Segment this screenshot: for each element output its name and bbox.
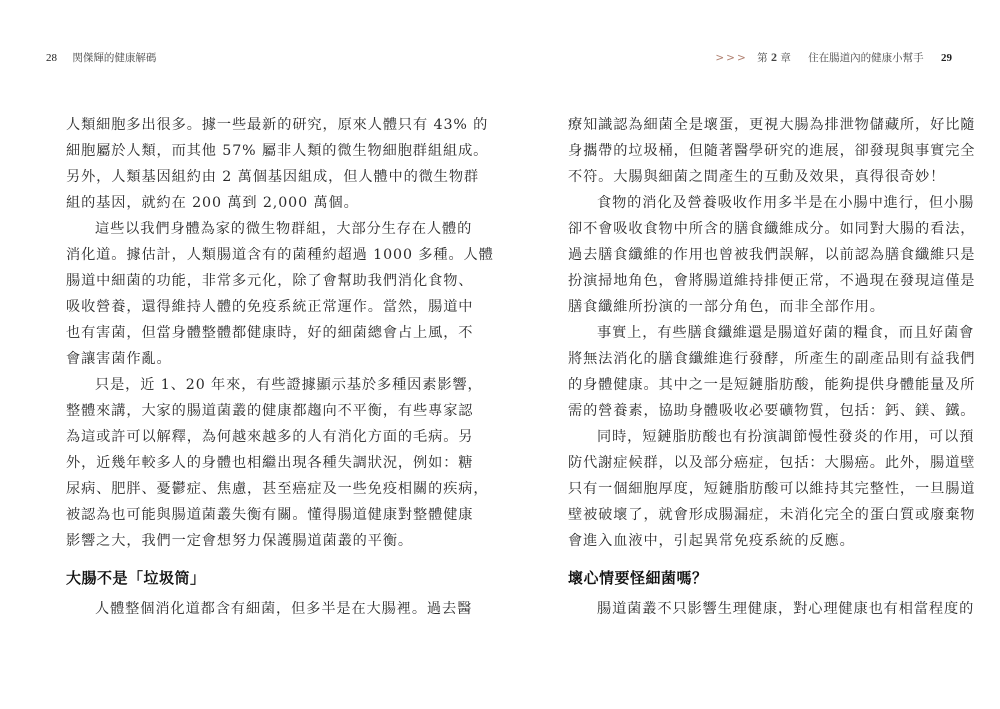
body-text: 療知識認為細菌全是壞蛋，更視大腸為排泄物儲藏所，好比隨身攜帶的垃圾桶，但隨著醫學… (568, 112, 940, 554)
text-line: 膳食纖維所扮演的一部分角色，而非全部作用。 (568, 294, 940, 320)
text-line: 身攜帶的垃圾桶，但隨著醫學研究的進展，卻發現與事實完全 (568, 138, 940, 164)
text-line: 整體來講，大家的腸道菌叢的健康都趨向不平衡，有些專家認 (66, 398, 438, 424)
text-line: 過去膳食纖維的作用也曾被我們誤解，以前認為膳食纖維只是 (568, 242, 940, 268)
running-head-right: >>> 第 2 章 住在腸道內的健康小幫手 29 (715, 50, 952, 65)
text-line: 組的基因，就約在 200 萬到 2,000 萬個。 (66, 190, 438, 216)
text-line: 防代謝症候群，以及部分癌症，包括：大腸癌。此外，腸道壁 (568, 450, 940, 476)
paragraph: 療知識認為細菌全是壞蛋，更視大腸為排泄物儲藏所，好比隨身攜帶的垃圾桶，但隨著醫學… (568, 112, 940, 190)
text-line: 影響之大，我們一定會想努力保護腸道菌叢的平衡。 (66, 528, 438, 554)
paragraph: 同時，短鏈脂肪酸也有扮演調節慢性發炎的作用，可以預防代謝症候群，以及部分癌症，包… (568, 424, 940, 554)
book-spread: 28 関傑輝的健康解碼 人類細胞多出很多。據一些最新的研究，原來人體只有 43%… (0, 0, 1000, 709)
text-line: 事實上，有些膳食纖維還是腸道好菌的糧食，而且好菌會 (568, 320, 940, 346)
text-line: 腸道中細菌的功能，非常多元化，除了會幫助我們消化食物、 (66, 268, 438, 294)
text-line: 消化道。據估計，人類腸道含有的菌種約超過 1000 多種。人體 (66, 242, 438, 268)
text-line: 卻不會吸收食物中所含的膳食纖維成分。如同對大腸的看法， (568, 216, 940, 242)
arrows-icon: >>> (715, 52, 747, 64)
text-line: 另外，人類基因組約由 2 萬個基因組成，但人體中的微生物群 (66, 164, 438, 190)
text-line: 也有害菌，但當身體整體都健康時，好的細菌總會占上風，不 (66, 320, 438, 346)
running-head-left: 28 関傑輝的健康解碼 (46, 50, 156, 65)
text-line: 人體整個消化道都含有細菌，但多半是在大腸裡。過去醫 (66, 596, 438, 622)
section-heading: 大腸不是「垃圾筒」 (66, 567, 206, 588)
paragraph: 事實上，有些膳食纖維還是腸道好菌的糧食，而且好菌會將無法消化的膳食纖維進行發酵，… (568, 320, 940, 424)
text-line: 扮演掃地角色，會將腸道維持排便正常，不過現在發現這僅是 (568, 268, 940, 294)
page-number: 28 (46, 52, 57, 64)
paragraph: 食物的消化及營養吸收作用多半是在小腸中進行，但小腸卻不會吸收食物中所含的膳食纖維… (568, 190, 940, 320)
chapter-title: 住在腸道內的健康小幫手 (808, 52, 924, 64)
text-line: 為這或許可以解釋，為何越來越多的人有消化方面的毛病。另 (66, 424, 438, 450)
text-line: 不符。大腸與細菌之間產生的互動及效果，真得很奇妙！ (568, 164, 940, 190)
text-line: 的身體健康。其中之一是短鏈脂肪酸，能夠提供身體能量及所 (568, 372, 940, 398)
book-title: 関傑輝的健康解碼 (72, 52, 156, 64)
left-page: 28 関傑輝的健康解碼 人類細胞多出很多。據一些最新的研究，原來人體只有 43%… (0, 0, 500, 709)
text-line: 會進入血液中，引起異常免疫系統的反應。 (568, 528, 940, 554)
text-line: 只是，近 1、20 年來，有些證據顯示基於多種因素影響， (66, 372, 438, 398)
page-number: 29 (941, 52, 952, 64)
paragraph: 只是，近 1、20 年來，有些證據顯示基於多種因素影響，整體來講，大家的腸道菌叢… (66, 372, 438, 554)
text-line: 會讓害菌作亂。 (66, 346, 438, 372)
text-line: 只有一個細胞厚度，短鏈脂肪酸可以維持其完整性，一旦腸道 (568, 476, 940, 502)
paragraph: 這些以我們身體為家的微生物群組，大部分生存在人體的消化道。據估計，人類腸道含有的… (66, 216, 438, 372)
text-line: 需的營養素，協助身體吸收必要礦物質，包括：鈣、鎂、鐵。 (568, 398, 940, 424)
text-line: 這些以我們身體為家的微生物群組，大部分生存在人體的 (66, 216, 438, 242)
paragraph: 人類細胞多出很多。據一些最新的研究，原來人體只有 43% 的細胞屬於人類，而其他… (66, 112, 438, 216)
text-line: 外，近幾年較多人的身體也相繼出現各種失調狀況，例如：糖 (66, 450, 438, 476)
chapter-number: 第 2 章 (757, 52, 791, 64)
text-line: 同時，短鏈脂肪酸也有扮演調節慢性發炎的作用，可以預 (568, 424, 940, 450)
text-line: 將無法消化的膳食纖維進行發酵，所產生的副產品則有益我們 (568, 346, 940, 372)
text-line: 壁被破壞了，就會形成腸漏症，未消化完全的蛋白質或廢棄物 (568, 502, 940, 528)
text-line: 細胞屬於人類，而其他 57% 屬非人類的微生物細胞群組組成。 (66, 138, 438, 164)
text-line: 被認為也可能與腸道菌叢失衡有關。懂得腸道健康對整體健康 (66, 502, 438, 528)
text-line: 尿病、肥胖、憂鬱症、焦慮，甚至癌症及一些免疫相關的疾病， (66, 476, 438, 502)
body-text: 人類細胞多出很多。據一些最新的研究，原來人體只有 43% 的細胞屬於人類，而其他… (66, 112, 438, 554)
text-line: 食物的消化及營養吸收作用多半是在小腸中進行，但小腸 (568, 190, 940, 216)
section-text: 腸道菌叢不只影響生理健康，對心理健康也有相當程度的 (568, 596, 940, 622)
section-heading: 壞心情要怪細菌嗎？ (568, 567, 708, 588)
text-line: 療知識認為細菌全是壞蛋，更視大腸為排泄物儲藏所，好比隨 (568, 112, 940, 138)
text-line: 人類細胞多出很多。據一些最新的研究，原來人體只有 43% 的 (66, 112, 438, 138)
text-line: 吸收營養，還得維持人體的免疫系統正常運作。當然，腸道中 (66, 294, 438, 320)
section-text: 人體整個消化道都含有細菌，但多半是在大腸裡。過去醫 (66, 596, 438, 622)
text-line: 腸道菌叢不只影響生理健康，對心理健康也有相當程度的 (568, 596, 940, 622)
right-page: >>> 第 2 章 住在腸道內的健康小幫手 29 療知識認為細菌全是壞蛋，更視大… (500, 0, 1000, 709)
